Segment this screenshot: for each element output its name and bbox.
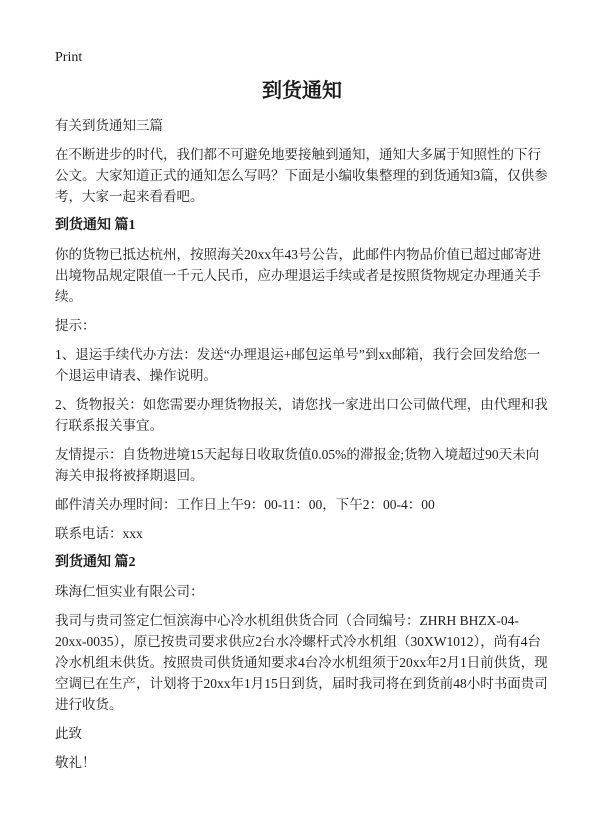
section-2-paragraph: 此致 xyxy=(55,723,549,744)
section-1-paragraph: 2、货物报关：如您需要办理货物报关，请您找一家进出口公司做代理，由代理和我行联系… xyxy=(55,394,549,436)
document-subtitle: 有关到货通知三篇 xyxy=(55,115,549,136)
section-1-paragraph: 1、退运手续代办方法：发送“办理退运+邮包运单号”到xx邮箱，我行会回发给您一个… xyxy=(55,344,549,386)
section-2-heading: 到货通知 篇2 xyxy=(55,552,549,573)
section-1-paragraph: 友情提示：自货物进境15天起每日收取货值0.05%的滞报金;货物入境超过90天未… xyxy=(55,444,549,486)
document-title: 到货通知 xyxy=(55,78,549,105)
section-1-paragraph: 邮件清关办理时间：工作日上午9：00-11：00，下午2：00-4：00 xyxy=(55,494,549,515)
section-2-paragraph: 敬礼！ xyxy=(55,752,549,773)
print-link[interactable]: Print xyxy=(55,47,82,68)
section-1-paragraph: 联系电话：xxx xyxy=(55,523,549,544)
section-2-paragraph: 我司与贵司签定仁恒滨海中心冷水机组供货合同（合同编号：ZHRH BHZX-04-… xyxy=(55,610,549,715)
section-1-paragraph: 你的货物已抵达杭州，按照海关20xx年43号公告，此邮件内物品价值已超过邮寄进出… xyxy=(55,244,549,307)
section-1-heading: 到货通知 篇1 xyxy=(55,215,549,236)
section-1-paragraph: 提示： xyxy=(55,315,549,336)
document-page: Print 到货通知 有关到货通知三篇 在不断进步的时代，我们都不可避免地要接触… xyxy=(0,0,600,828)
intro-paragraph: 在不断进步的时代，我们都不可避免地要接触到通知，通知大多属于知照性的下行公文。大… xyxy=(55,144,549,207)
section-2-paragraph: 珠海仁恒实业有限公司： xyxy=(55,581,549,602)
